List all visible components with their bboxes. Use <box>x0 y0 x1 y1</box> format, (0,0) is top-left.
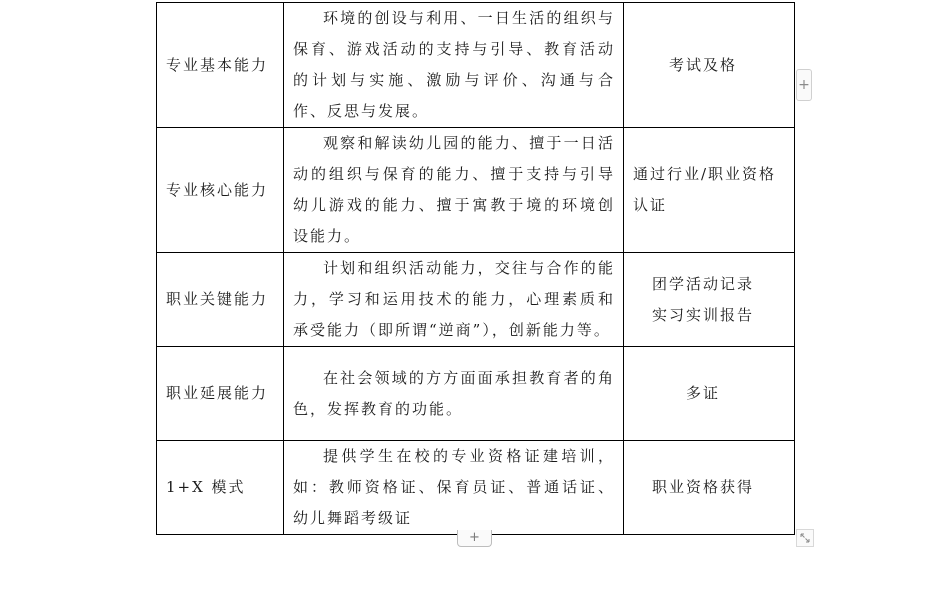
table-resize-handle[interactable] <box>796 529 814 547</box>
resize-diagonal-icon <box>797 530 813 546</box>
table-row: 专业核心能力 观察和解读幼儿园的能力、擅于一日活动的组织与保育的能力、擅于支持与… <box>157 128 795 253</box>
evaluation-cell[interactable]: 考试及格 <box>624 3 795 128</box>
table-row: 职业关键能力 计划和组织活动能力，交往与合作的能力，学习和运用技术的能力，心理素… <box>157 253 795 347</box>
ability-table: 专业基本能力 环境的创设与利用、一日生活的组织与保育、游戏活动的支持与引导、教育… <box>156 2 795 535</box>
ability-description-cell[interactable]: 在社会领域的方方面面承担教育者的角色，发挥教育的功能。 <box>284 347 624 441</box>
description-text: 观察和解读幼儿园的能力、擅于一日活动的组织与保育的能力、擅于支持与引导幼儿游戏的… <box>293 128 615 252</box>
description-text: 环境的创设与利用、一日生活的组织与保育、游戏活动的支持与引导、教育活动的计划与实… <box>293 3 615 127</box>
evaluation-cell[interactable]: 通过行业/职业资格认证 <box>624 128 795 253</box>
table-row: 专业基本能力 环境的创设与利用、一日生活的组织与保育、游戏活动的支持与引导、教育… <box>157 3 795 128</box>
table-row: 职业延展能力 在社会领域的方方面面承担教育者的角色，发挥教育的功能。 多证 <box>157 347 795 441</box>
ability-description-cell[interactable]: 环境的创设与利用、一日生活的组织与保育、游戏活动的支持与引导、教育活动的计划与实… <box>284 3 624 128</box>
document-page: 专业基本能力 环境的创设与利用、一日生活的组织与保育、游戏活动的支持与引导、教育… <box>0 0 952 596</box>
plus-icon: + <box>798 77 810 93</box>
evaluation-line: 团学活动记录 <box>624 269 782 300</box>
ability-name-cell[interactable]: 职业关键能力 <box>157 253 284 347</box>
ability-name-cell[interactable]: 1+X 模式 <box>157 441 284 535</box>
description-text: 在社会领域的方方面面承担教育者的角色，发挥教育的功能。 <box>293 363 615 425</box>
evaluation-line: 实习实训报告 <box>624 300 782 331</box>
table-row: 1+X 模式 提供学生在校的专业资格证建培训，如：教师资格证、保育员证、普通话证… <box>157 441 795 535</box>
plus-icon: + <box>469 530 480 545</box>
description-text: 提供学生在校的专业资格证建培训，如：教师资格证、保育员证、普通话证、幼儿舞蹈考级… <box>293 441 615 534</box>
description-text: 计划和组织活动能力，交往与合作的能力，学习和运用技术的能力，心理素质和承受能力（… <box>293 253 615 346</box>
ability-name-cell[interactable]: 专业基本能力 <box>157 3 284 128</box>
ability-description-cell[interactable]: 计划和组织活动能力，交往与合作的能力，学习和运用技术的能力，心理素质和承受能力（… <box>284 253 624 347</box>
ability-description-cell[interactable]: 提供学生在校的专业资格证建培训，如：教师资格证、保育员证、普通话证、幼儿舞蹈考级… <box>284 441 624 535</box>
ability-description-cell[interactable]: 观察和解读幼儿园的能力、擅于一日活动的组织与保育的能力、擅于支持与引导幼儿游戏的… <box>284 128 624 253</box>
add-column-button[interactable]: + <box>796 69 812 101</box>
evaluation-cell[interactable]: 职业资格获得 <box>624 441 795 535</box>
add-row-button[interactable]: + <box>457 530 492 547</box>
ability-name-cell[interactable]: 专业核心能力 <box>157 128 284 253</box>
ability-name-cell[interactable]: 职业延展能力 <box>157 347 284 441</box>
evaluation-cell[interactable]: 多证 <box>624 347 795 441</box>
evaluation-cell[interactable]: 团学活动记录 实习实训报告 <box>624 253 795 347</box>
